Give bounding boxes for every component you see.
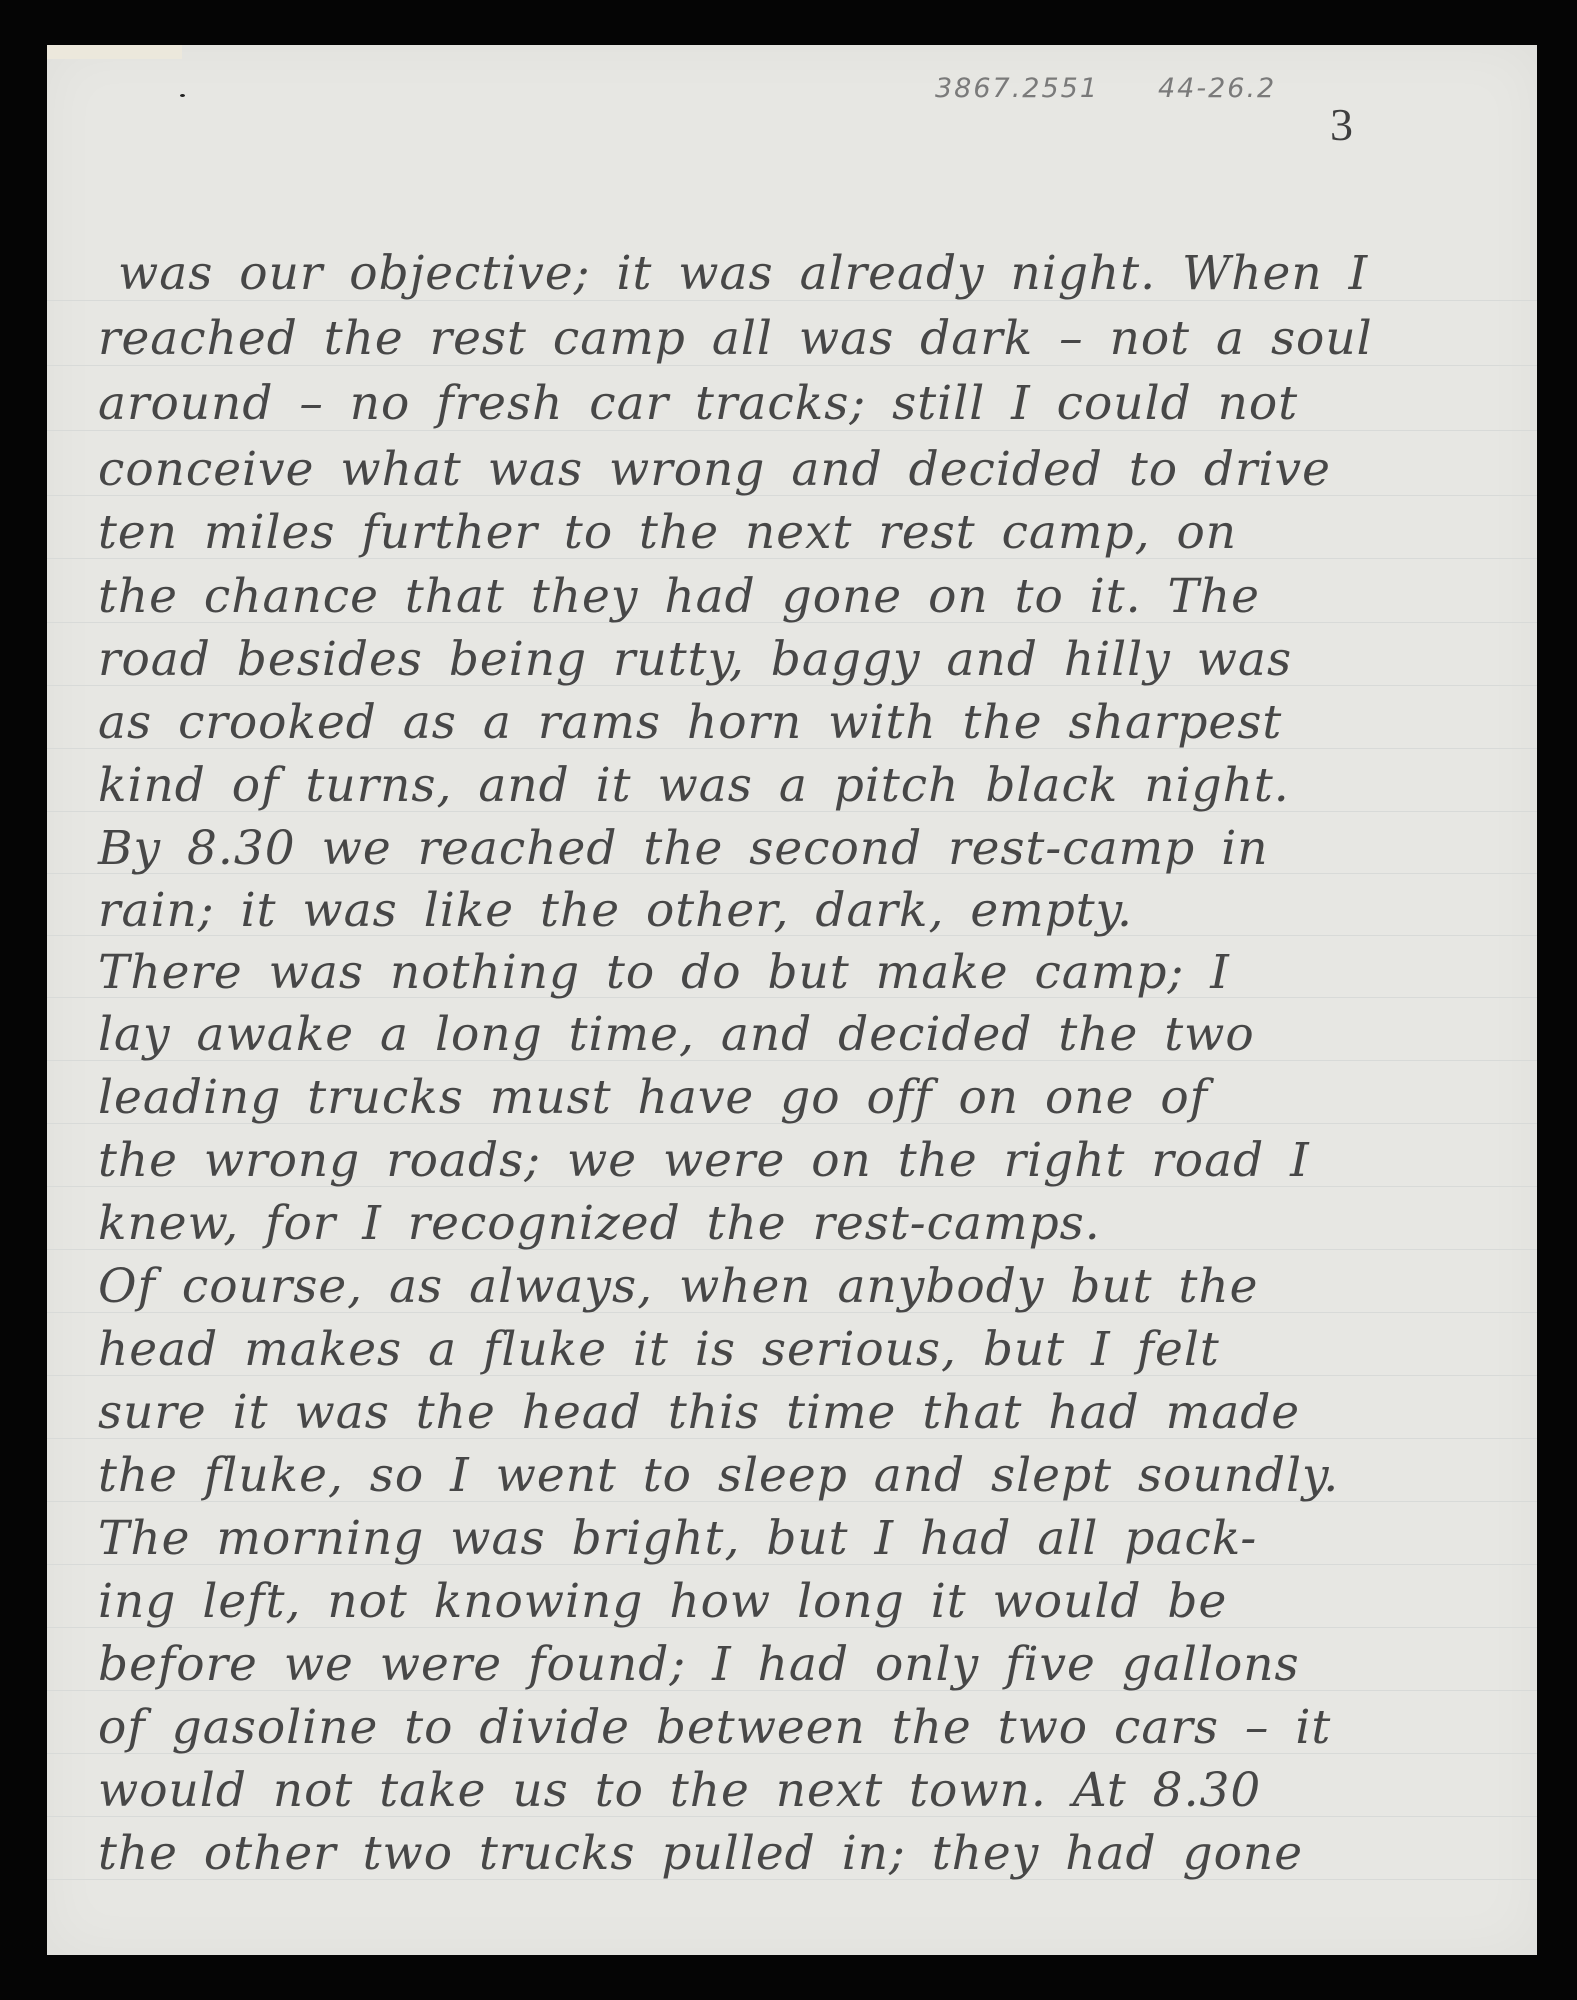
text-line: the fluke, so I went to sleep and slept … — [98, 1452, 1498, 1499]
text-line: ing left, not knowing how long it would … — [98, 1578, 1498, 1625]
text-line: as crooked as a rams horn with the sharp… — [98, 699, 1498, 746]
text-line: conceive what was wrong and decided to d… — [98, 446, 1498, 493]
text-line: kind of turns, and it was a pitch black … — [98, 762, 1498, 809]
text-line: head makes a fluke it is serious, but I … — [98, 1326, 1498, 1373]
text-line: lay awake a long time, and decided the t… — [98, 1011, 1498, 1058]
text-line: the other two trucks pulled in; they had… — [98, 1830, 1498, 1877]
archive-number-2: 44-26.2 — [1158, 73, 1276, 104]
archive-number-1: 3867.2551 — [935, 73, 1099, 104]
text-line: sure it was the head this time that had … — [98, 1389, 1498, 1436]
text-line: of gasoline to divide between the two ca… — [98, 1704, 1498, 1751]
text-line: knew, for I recognized the rest-camps. — [98, 1200, 1498, 1247]
text-line: reached the rest camp all was dark – not… — [98, 315, 1498, 362]
text-line: would not take us to the next town. At 8… — [98, 1767, 1498, 1814]
text-line: was our objective; it was already night.… — [118, 250, 1518, 297]
text-line: There was nothing to do but make camp; I — [98, 949, 1498, 996]
text-line: before we were found; I had only five ga… — [98, 1641, 1498, 1688]
text-line: ten miles further to the next rest camp,… — [98, 509, 1498, 556]
text-line: rain; it was like the other, dark, empty… — [98, 887, 1498, 934]
text-line: The morning was bright, but I had all pa… — [98, 1515, 1498, 1562]
page-number: 3 — [1330, 98, 1353, 151]
text-line: the wrong roads; we were on the right ro… — [98, 1137, 1498, 1184]
text-line: leading trucks must have go off on one o… — [98, 1074, 1498, 1121]
text-line: road besides being rutty, baggy and hill… — [98, 636, 1498, 683]
ink-speck — [180, 94, 185, 97]
text-line: By 8.30 we reached the second rest-camp … — [98, 825, 1498, 872]
text-line: the chance that they had gone on to it. … — [98, 573, 1498, 620]
paper-fold — [47, 45, 182, 59]
text-line: around – no fresh car tracks; still I co… — [98, 380, 1498, 427]
text-line: Of course, as always, when anybody but t… — [98, 1263, 1498, 1310]
